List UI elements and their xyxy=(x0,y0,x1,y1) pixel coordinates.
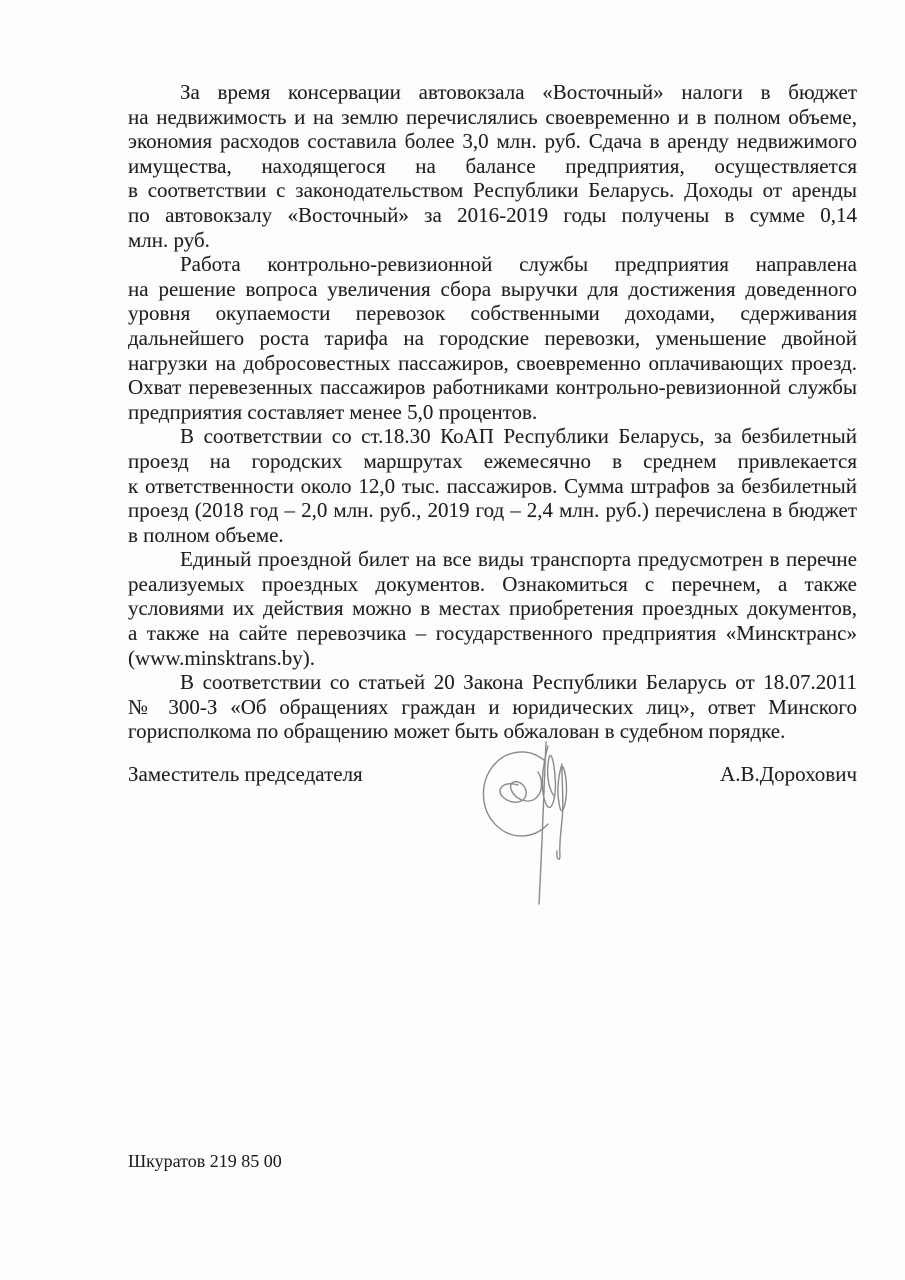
executor-contact-note: Шкуратов 219 85 00 xyxy=(128,1150,282,1172)
body-paragraph-1: За время консервации автовокзала «Восточ… xyxy=(128,80,857,252)
text-line: проезд на городских маршрутах ежемесячно… xyxy=(128,449,857,474)
text-line: За время консервации автовокзала «Восточ… xyxy=(128,80,857,105)
text-line: на решение вопроса увеличения сбора выру… xyxy=(128,277,857,302)
text-line: в полном объеме. xyxy=(128,523,857,548)
text-line: на недвижимость и на землю перечислялись… xyxy=(128,105,857,130)
scanned-letter-page: За время консервации автовокзала «Восточ… xyxy=(0,0,905,1280)
text-line: а также на сайте перевозчика – государст… xyxy=(128,621,857,646)
body-paragraph-4: Единый проездной билет на все виды транс… xyxy=(128,547,857,670)
text-line: уровня окупаемости перевозок собственным… xyxy=(128,301,857,326)
text-line: проезд (2018 год – 2,0 млн. руб., 2019 г… xyxy=(128,498,857,523)
body-paragraph-2: Работа контрольно-ревизионной службы пре… xyxy=(128,252,857,424)
text-line: в соответствии с законодательством Респу… xyxy=(128,178,857,203)
text-line: Охват перевезенных пассажиров работникам… xyxy=(128,375,857,400)
text-line: № 300-З «Об обращениях граждан и юридиче… xyxy=(128,695,857,720)
text-line: нагрузки на добросовестных пассажиров, с… xyxy=(128,351,857,376)
handwritten-signature xyxy=(452,728,622,918)
signer-name-label: А.В.Дорохович xyxy=(720,762,857,787)
text-line: имущества, находящегося на балансе предп… xyxy=(128,154,857,179)
text-line: В соответствии со ст.18.30 КоАП Республи… xyxy=(128,424,857,449)
text-line: реализуемых проездных документов. Ознако… xyxy=(128,572,857,597)
text-line: по автовокзалу «Восточный» за 2016-2019 … xyxy=(128,203,857,228)
text-line: Единый проездной билет на все виды транс… xyxy=(128,547,857,572)
text-line: Работа контрольно-ревизионной службы пре… xyxy=(128,252,857,277)
text-line: к ответственности около 12,0 тыс. пассаж… xyxy=(128,474,857,499)
signer-position-label: Заместитель председателя xyxy=(128,762,363,787)
document-body: За время консервации автовокзала «Восточ… xyxy=(128,80,857,744)
text-line: В соответствии со статьей 20 Закона Респ… xyxy=(128,670,857,695)
signature-scribble-icon xyxy=(452,728,622,918)
text-line: млн. руб. xyxy=(128,228,857,253)
text-line: дальнейшего роста тарифа на городские пе… xyxy=(128,326,857,351)
text-line: экономия расходов составила более 3,0 мл… xyxy=(128,129,857,154)
body-paragraph-3: В соответствии со ст.18.30 КоАП Республи… xyxy=(128,424,857,547)
text-line: условиями их действия можно в местах при… xyxy=(128,596,857,621)
text-line: предприятия составляет менее 5,0 процент… xyxy=(128,400,857,425)
text-line: (www.minsktrans.by). xyxy=(128,646,857,671)
